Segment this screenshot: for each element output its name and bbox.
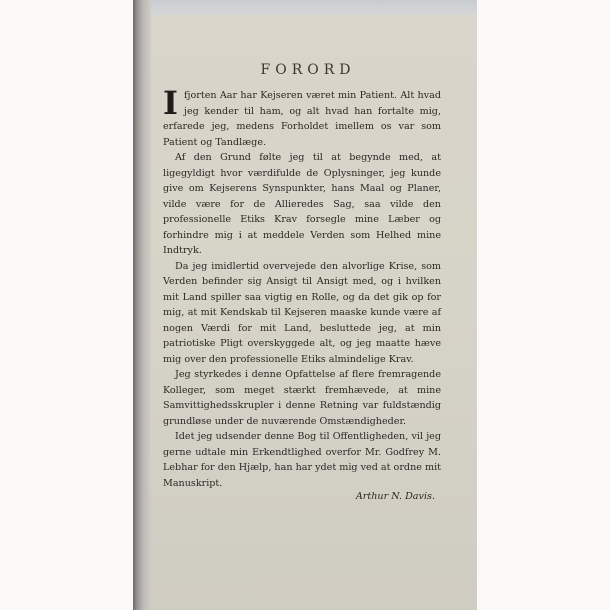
drop-cap: I [163,90,178,116]
page-content: FORORD I fjorten Aar har Kejseren været … [163,62,441,502]
closing-paragraph: Idet jeg udsender denne Bog til Offentli… [163,429,441,491]
paragraph-1: I fjorten Aar har Kejseren været min Pat… [163,88,441,150]
page-title: FORORD [175,62,441,78]
book-gutter-shadow [133,0,151,610]
signature: Arthur N. Davis. [356,491,435,502]
top-background-strip [133,0,477,15]
paragraph-3: Da jeg imidlertid overvejede den alvorli… [163,259,441,368]
paragraph-2: Af den Grund følte jeg til at begynde me… [163,150,441,259]
paragraph-4: Jeg styrkedes i denne Opfattelse af fler… [163,367,441,429]
book-page-photo: FORORD I fjorten Aar har Kejseren været … [133,0,477,610]
paragraph-1-text: fjorten Aar har Kejseren været min Patie… [163,90,441,148]
signature-row: Arthur N. Davis. [163,491,441,502]
